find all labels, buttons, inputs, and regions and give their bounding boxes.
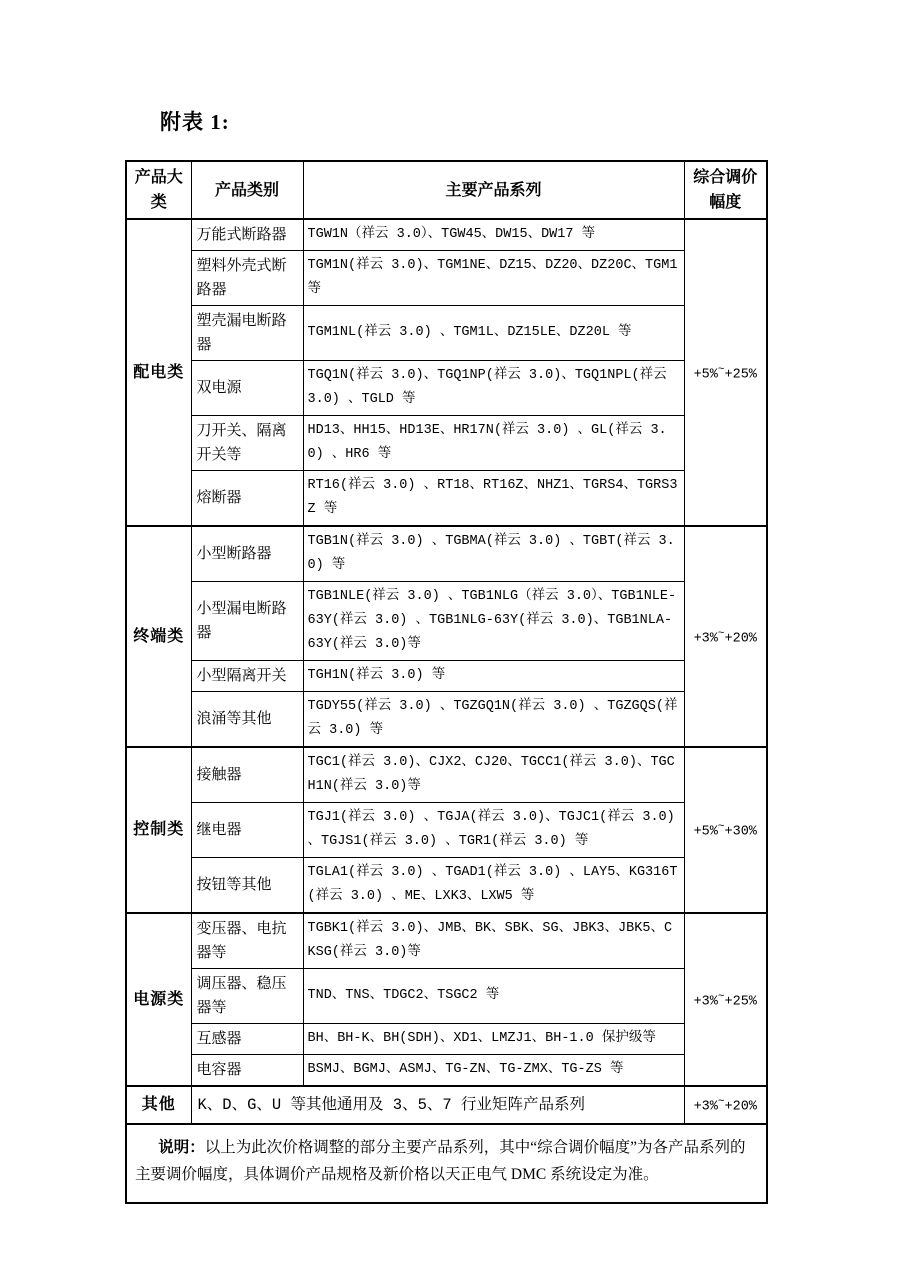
- page-title: 附表 1:: [160, 106, 230, 136]
- product-type: 小型漏电断路器: [191, 582, 303, 661]
- product-type: 刀开关、隔离开关等: [191, 416, 303, 471]
- note-row: 说明：以上为此次价格调整的部分主要产品系列，其中“综合调价幅度”为各产品系列的主…: [126, 1124, 767, 1203]
- product-series: TGLA1(祥云 3.0) 、TGAD1(祥云 3.0) 、LAY5、KG316…: [303, 858, 684, 914]
- product-series: TGC1(祥云 3.0)、CJX2、CJ20、TGCC1(祥云 3.0)、TGC…: [303, 747, 684, 803]
- adjustment-low: +3%: [694, 631, 718, 646]
- product-series: TND、TNS、TDGC2、TSGC2 等: [303, 969, 684, 1024]
- product-series: TGB1NLE(祥云 3.0) 、TGB1NLG（祥云 3.0）、TGB1NLE…: [303, 582, 684, 661]
- adjustment-high: +25%: [725, 994, 757, 1009]
- adjustment-low: +5%: [694, 825, 718, 840]
- table-row: 继电器 TGJ1(祥云 3.0) 、TGJA(祥云 3.0)、TGJC1(祥云 …: [126, 803, 767, 858]
- adjustment-range: +3%~+20%: [684, 1086, 767, 1124]
- product-type: 双电源: [191, 361, 303, 416]
- header-product-type: 产品类别: [191, 161, 303, 219]
- adjustment-tilde: ~: [718, 821, 725, 833]
- product-series: TGBK1(祥云 3.0)、JMB、BK、SBK、SG、JBK3、JBK5、CK…: [303, 913, 684, 969]
- product-series: TGW1N（祥云 3.0）、TGW45、DW15、DW17 等: [303, 219, 684, 251]
- product-series: BH、BH-K、BH(SDH)、XD1、LMZJ1、BH-1.0 保护级等: [303, 1024, 684, 1055]
- adjustment-low: +5%: [694, 367, 718, 382]
- table-row: 控制类 接触器 TGC1(祥云 3.0)、CJX2、CJ20、TGCC1(祥云 …: [126, 747, 767, 803]
- product-type: 调压器、稳压器等: [191, 969, 303, 1024]
- product-type: 塑料外壳式断路器: [191, 251, 303, 306]
- table-row: 塑料外壳式断路器 TGM1N(祥云 3.0)、TGM1NE、DZ15、DZ20、…: [126, 251, 767, 306]
- table-row: 调压器、稳压器等 TND、TNS、TDGC2、TSGC2 等: [126, 969, 767, 1024]
- note-label: 说明：: [158, 1139, 205, 1156]
- product-series: TGH1N(祥云 3.0) 等: [303, 661, 684, 692]
- product-series: RT16(祥云 3.0) 、RT18、RT16Z、NHZ1、TGRS4、TGRS…: [303, 471, 684, 527]
- adjustment-tilde: ~: [718, 991, 725, 1003]
- adjustment-high: +20%: [725, 1100, 757, 1115]
- product-series: TGJ1(祥云 3.0) 、TGJA(祥云 3.0)、TGJC1(祥云 3.0)…: [303, 803, 684, 858]
- adjustment-tilde: ~: [718, 1096, 725, 1108]
- table-row: 小型漏电断路器 TGB1NLE(祥云 3.0) 、TGB1NLG（祥云 3.0）…: [126, 582, 767, 661]
- table-row: 按钮等其他 TGLA1(祥云 3.0) 、TGAD1(祥云 3.0) 、LAY5…: [126, 858, 767, 914]
- table-row: 浪涌等其他 TGDY55(祥云 3.0) 、TGZGQ1N(祥云 3.0) 、T…: [126, 692, 767, 748]
- adjustment-range: +3%~+20%: [684, 526, 767, 747]
- adjustment-high: +30%: [725, 825, 757, 840]
- table-row: 配电类 万能式断路器 TGW1N（祥云 3.0）、TGW45、DW15、DW17…: [126, 219, 767, 251]
- category-distribution: 配电类: [126, 219, 191, 526]
- table-row: 终端类 小型断路器 TGB1N(祥云 3.0) 、TGBMA(祥云 3.0) 、…: [126, 526, 767, 582]
- table-row: 电容器 BSMJ、BGMJ、ASMJ、TG-ZN、TG-ZMX、TG-ZS 等: [126, 1055, 767, 1087]
- note-text: 以上为此次价格调整的部分主要产品系列，其中“综合调价幅度”为各产品系列的主要调价…: [135, 1139, 746, 1183]
- table-row: 刀开关、隔离开关等 HD13、HH15、HD13E、HR17N(祥云 3.0) …: [126, 416, 767, 471]
- adjustment-range: +3%~+25%: [684, 913, 767, 1086]
- product-series: TGM1NL(祥云 3.0) 、TGM1L、DZ15LE、DZ20L 等: [303, 306, 684, 361]
- category-other: 其他: [126, 1086, 191, 1124]
- table-row: 互感器 BH、BH-K、BH(SDH)、XD1、LMZJ1、BH-1.0 保护级…: [126, 1024, 767, 1055]
- product-type: 继电器: [191, 803, 303, 858]
- table-row: 小型隔离开关 TGH1N(祥云 3.0) 等: [126, 661, 767, 692]
- table-header-row: 产品大类 产品类别 主要产品系列 综合调价幅度: [126, 161, 767, 219]
- product-type: 小型断路器: [191, 526, 303, 582]
- adjustment-tilde: ~: [718, 628, 725, 640]
- document-page: 附表 1: 产品大类 产品类别 主要产品系列 综合调价幅度 配电类 万能式断路器…: [0, 0, 898, 1273]
- category-terminal: 终端类: [126, 526, 191, 747]
- product-series: TGM1N(祥云 3.0)、TGM1NE、DZ15、DZ20、DZ20C、TGM…: [303, 251, 684, 306]
- table-row: 塑壳漏电断路器 TGM1NL(祥云 3.0) 、TGM1L、DZ15LE、DZ2…: [126, 306, 767, 361]
- table-row-other: 其他 K、D、G、U 等其他通用及 3、5、7 行业矩阵产品系列 +3%~+20…: [126, 1086, 767, 1124]
- table-row: 熔断器 RT16(祥云 3.0) 、RT18、RT16Z、NHZ1、TGRS4、…: [126, 471, 767, 527]
- price-adjustment-table: 产品大类 产品类别 主要产品系列 综合调价幅度 配电类 万能式断路器 TGW1N…: [125, 160, 768, 1204]
- table-row: 电源类 变压器、电抗器等 TGBK1(祥云 3.0)、JMB、BK、SBK、SG…: [126, 913, 767, 969]
- product-type: 小型隔离开关: [191, 661, 303, 692]
- category-control: 控制类: [126, 747, 191, 913]
- adjustment-high: +25%: [725, 367, 757, 382]
- adjustment-range: +5%~+30%: [684, 747, 767, 913]
- product-type: 互感器: [191, 1024, 303, 1055]
- category-power: 电源类: [126, 913, 191, 1086]
- product-type: 变压器、电抗器等: [191, 913, 303, 969]
- product-series: TGDY55(祥云 3.0) 、TGZGQ1N(祥云 3.0) 、TGZGQS(…: [303, 692, 684, 748]
- product-type: 接触器: [191, 747, 303, 803]
- product-series: BSMJ、BGMJ、ASMJ、TG-ZN、TG-ZMX、TG-ZS 等: [303, 1055, 684, 1087]
- adjustment-high: +20%: [725, 631, 757, 646]
- header-product-category: 产品大类: [126, 161, 191, 219]
- adjustment-low: +3%: [694, 1100, 718, 1115]
- table-row: 双电源 TGQ1N(祥云 3.0)、TGQ1NP(祥云 3.0)、TGQ1NPL…: [126, 361, 767, 416]
- product-series: HD13、HH15、HD13E、HR17N(祥云 3.0) 、GL(祥云 3.0…: [303, 416, 684, 471]
- header-product-series: 主要产品系列: [303, 161, 684, 219]
- product-type: 电容器: [191, 1055, 303, 1087]
- product-series: TGB1N(祥云 3.0) 、TGBMA(祥云 3.0) 、TGBT(祥云 3.…: [303, 526, 684, 582]
- product-type: 塑壳漏电断路器: [191, 306, 303, 361]
- product-type: 熔断器: [191, 471, 303, 527]
- product-type: 按钮等其他: [191, 858, 303, 914]
- note-cell: 说明：以上为此次价格调整的部分主要产品系列，其中“综合调价幅度”为各产品系列的主…: [126, 1124, 767, 1203]
- product-series: K、D、G、U 等其他通用及 3、5、7 行业矩阵产品系列: [191, 1086, 684, 1124]
- product-type: 浪涌等其他: [191, 692, 303, 748]
- adjustment-range: +5%~+25%: [684, 219, 767, 526]
- adjustment-tilde: ~: [718, 364, 725, 376]
- product-type: 万能式断路器: [191, 219, 303, 251]
- product-series: TGQ1N(祥云 3.0)、TGQ1NP(祥云 3.0)、TGQ1NPL(祥云 …: [303, 361, 684, 416]
- adjustment-low: +3%: [694, 994, 718, 1009]
- header-adjustment-range: 综合调价幅度: [684, 161, 767, 219]
